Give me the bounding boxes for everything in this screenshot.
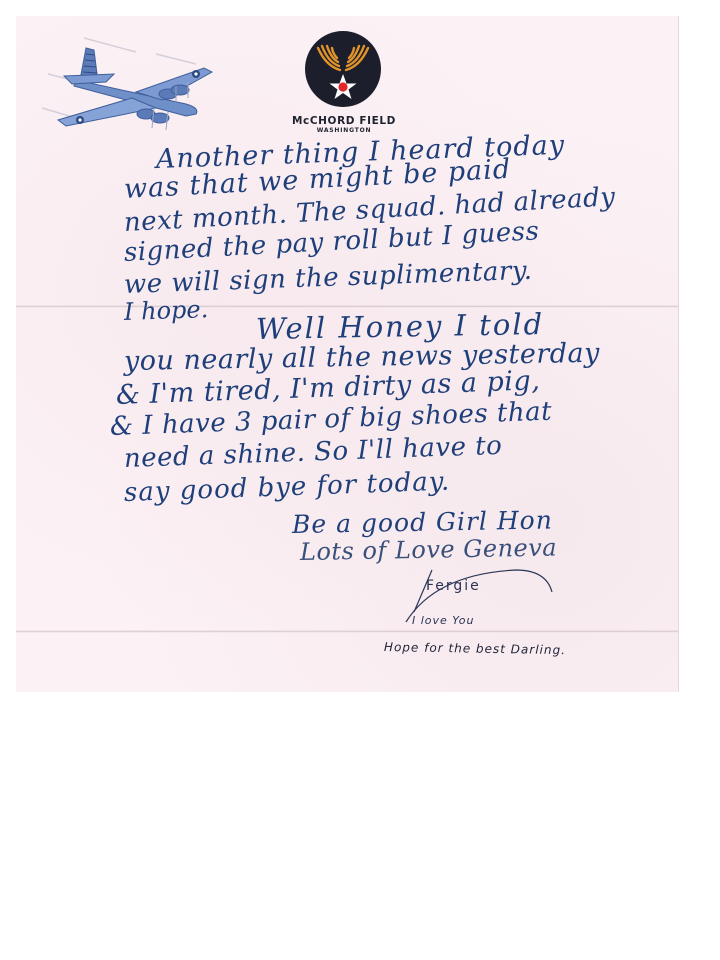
letterhead-subtitle: WASHINGTON [266, 127, 422, 134]
postscript-line: I love You [412, 614, 475, 627]
letter-page: McCHORD FIELD WASHINGTON Another thing I… [16, 16, 679, 692]
signature: Fergie [426, 578, 481, 594]
fold-crease [16, 630, 678, 633]
closing-line: Lots of Love Geneva [300, 534, 558, 566]
letter-line: I hope. [124, 295, 209, 326]
letter-line: say good bye for today. [123, 467, 450, 508]
army-air-forces-emblem-icon [304, 30, 382, 108]
letterhead-title: McCHORD FIELD [266, 115, 422, 127]
fold-crease [16, 305, 678, 308]
airplane-icon [36, 34, 226, 134]
postscript-line: Hope for the best Darling. [384, 640, 566, 657]
